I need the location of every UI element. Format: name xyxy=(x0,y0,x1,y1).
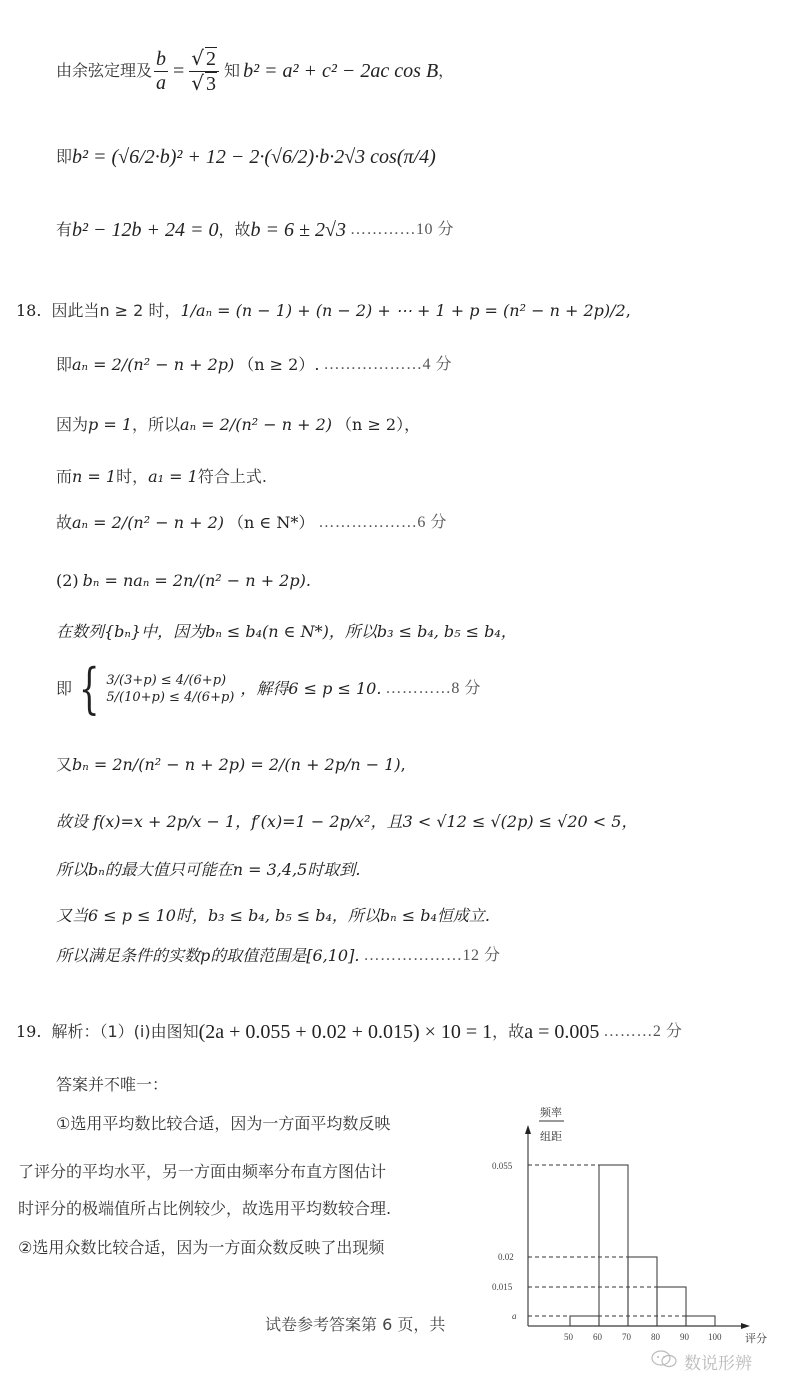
score-4: 4 分 xyxy=(422,357,452,373)
s18-line2: 即 aₙ = 2/(n² − n + 2p) （n ≥ 2）. ……………… 4… xyxy=(56,352,452,378)
fraction-b-over-a: b a xyxy=(154,49,168,94)
fraction-sqrt2-over-sqrt3: √2 √3 xyxy=(189,48,219,95)
bar-60-70 xyxy=(599,1165,628,1326)
x-tick-100: 100 xyxy=(708,1332,722,1342)
s18-line9: 又 bₙ = 2n/(n² − n + 2p) = 2/(n + 2p/n − … xyxy=(56,750,406,780)
watermark-text: 数说形辨 xyxy=(684,1349,752,1374)
y-tick-002: 0.02 xyxy=(498,1252,514,1262)
x-tick-80: 80 xyxy=(651,1332,661,1342)
y-axis-label-denominator: 组距 xyxy=(540,1130,562,1143)
bar-90-100 xyxy=(686,1316,715,1326)
s18-line7: 在数列{bₙ}中，因为bₙ ≤ b₄(n ∈ N*)，所以b₃ ≤ b₄, b₅… xyxy=(56,620,517,644)
bar-50-60 xyxy=(570,1316,599,1326)
y-tick-0055: 0.055 xyxy=(492,1161,513,1171)
s18-line13: 所以满足条件的实数p的取值范围是[6,10]. ……………… 12 分 xyxy=(56,944,500,968)
s17-line2: 即 b² = (√6/2·b)² + 12 − 2·(√6/2)·b·2√3 c… xyxy=(56,132,436,182)
score-2: 2 分 xyxy=(653,1024,683,1040)
s17-expansion-formula: b² = (√6/2·b)² + 12 − 2·(√6/2)·b·2√3 cos… xyxy=(72,147,436,167)
s19-line1: 19. 解析：（1）(i)由图知 (2a + 0.055 + 0.02 + 0.… xyxy=(16,1019,682,1045)
cosine-law-formula: b² = a² + c² − 2ac cos B xyxy=(243,61,438,81)
bar-80-90 xyxy=(657,1287,686,1326)
page-footer: 试卷参考答案第 6 页，共 xyxy=(265,1312,445,1335)
s17-l1-prefix: 由余弦定理及 xyxy=(56,63,152,79)
watermark: 数说形辨 xyxy=(650,1349,752,1374)
s19-line2: 答案并不唯一： xyxy=(56,1074,168,1096)
s18-line12: 又当6 ≤ p ≤ 10时，b₃ ≤ b₄, b₅ ≤ b₄，所以bₙ ≤ b₄… xyxy=(56,904,490,928)
s17-line3: 有 b² − 12b + 24 = 0 ，故 b = 6 ± 2√3 ………… … xyxy=(56,217,454,243)
answer-paragraph-line-1: ①选用平均数比较合适，因为一方面平均数反映 xyxy=(56,1116,390,1132)
x-axis-arrow-icon xyxy=(741,1323,750,1329)
left-brace: { xyxy=(79,662,100,716)
score-10: 10 分 xyxy=(416,222,454,238)
s18-line5: 故 aₙ = 2/(n² − n + 2) （n ∈ N*） ……………… 6 … xyxy=(56,510,447,536)
x-tick-60: 60 xyxy=(593,1332,603,1342)
y-axis-label-numerator: 频率 xyxy=(540,1105,562,1119)
s18-line11: 所以bₙ的最大值只可能在n = 3,4,5时取到. xyxy=(56,858,360,882)
score-12: 12 分 xyxy=(462,948,500,964)
inequality-system: 3/(3+p) ≤ 4/(6+p) 5/(10+p) ≤ 4/(6+p) xyxy=(106,674,234,704)
s18-line4: 而 n = 1 时， a₁ = 1 符合上式. xyxy=(56,465,267,489)
bar-70-80 xyxy=(628,1257,657,1326)
s18-line6: (2) bₙ = naₙ = 2n/(n² − n + 2p). xyxy=(56,568,311,594)
y-tick-0015: 0.015 xyxy=(492,1282,513,1292)
answer-paragraph-line-3: 时评分的极端值所占比例较少，故选用平均数较合理. xyxy=(18,1201,391,1217)
wechat-icon xyxy=(650,1349,678,1374)
x-axis-label: 评分 xyxy=(745,1331,767,1345)
x-tick-90: 90 xyxy=(680,1332,690,1342)
x-tick-50: 50 xyxy=(564,1332,574,1342)
score-8: 8 分 xyxy=(451,681,481,697)
s18-line3: 因为 p = 1 ，所以 aₙ = 2/(n² − n + 2) （n ≥ 2）… xyxy=(56,412,420,438)
answer-paragraph-line-4: ②选用众数比较合适，因为一方面众数反映了出现频 xyxy=(18,1240,384,1256)
question-number-19: 19. xyxy=(16,1024,41,1040)
s18-line1: 18. 因此当n ≥ 2 时， 1/aₙ = (n − 1) + (n − 2)… xyxy=(16,296,631,326)
s18-line10: 故设 f(x)=x + 2p/x − 1，f′(x)=1 − 2p/x²，且3 … xyxy=(56,808,637,836)
score-6: 6 分 xyxy=(417,515,447,531)
s18-line8: 即 { 3/(3+p) ≤ 4/(6+p) 5/(10+p) ≤ 4/(6+p)… xyxy=(56,654,481,724)
x-tick-70: 70 xyxy=(622,1332,632,1342)
answer-paragraph-line-2: 了评分的平均水平，另一方面由频率分布直方图估计 xyxy=(18,1164,386,1180)
y-axis-arrow-icon xyxy=(525,1125,531,1134)
s17-line1: 由余弦定理及 b a = √2 √3 知 b² = a² + c² − 2ac … xyxy=(56,46,454,96)
y-tick-a: a xyxy=(512,1311,517,1321)
question-number-18: 18. xyxy=(16,303,41,319)
